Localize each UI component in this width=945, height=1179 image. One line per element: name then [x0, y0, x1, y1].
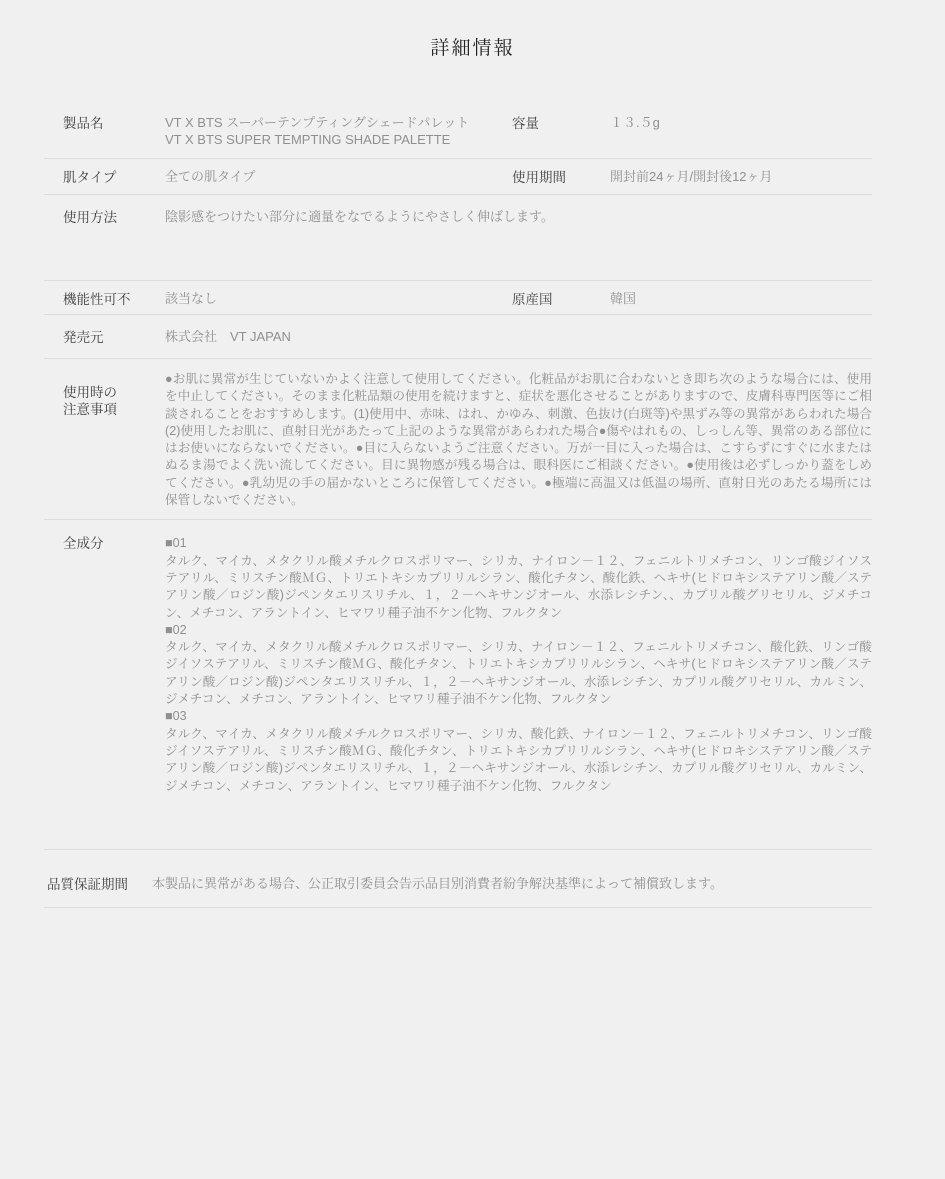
page-title: 詳細情報	[0, 0, 945, 105]
product-name-label: 製品名	[44, 115, 165, 148]
ingredients-label: 全成分	[44, 535, 165, 794]
ingredient-block-text: タルク、マイカ、メタクリル酸メチルクロスポリマー、シリカ、ナイロン－１２、フェニ…	[165, 639, 872, 708]
functionality-value: 該当なし	[165, 291, 510, 308]
product-detail-table: 製品名 VT X BTS スーパーテンプティングシェードパレット VT X BT…	[44, 105, 872, 908]
ingredient-block: ■01 タルク、マイカ、メタクリル酸メチルクロスポリマー、シリカ、ナイロン－１２…	[165, 535, 872, 621]
product-detail-section: 詳細情報 製品名 VT X BTS スーパーテンプティングシェードパレット VT…	[0, 0, 945, 908]
ingredient-block: ■02 タルク、マイカ、メタクリル酸メチルクロスポリマー、シリカ、ナイロン－１２…	[165, 622, 872, 708]
product-name-value: VT X BTS スーパーテンプティングシェードパレット VT X BTS SU…	[165, 115, 510, 148]
skin-type-value: 全ての肌タイプ	[165, 169, 510, 186]
precautions-label: 使用時の 注意事項	[44, 371, 165, 509]
row-product-name: 製品名 VT X BTS スーパーテンプティングシェードパレット VT X BT…	[44, 105, 872, 159]
usage-period-label: 使用期間	[510, 169, 610, 186]
origin-cell: 原産国 韓国	[510, 291, 872, 308]
row-warranty: 品質保証期間 本製品に異常がある場合、公正取引委員会告示品目別消費者紛争解決基準…	[44, 850, 872, 908]
seller-label: 発売元	[44, 329, 165, 346]
precautions-value: ●お肌に異常が生じていないかよく注意して使用してください。化粧品がお肌に合わない…	[165, 371, 872, 509]
row-usage-method: 使用方法 陰影感をつけたい部分に適量をなでるようにやさしく伸ばします。	[44, 195, 872, 281]
ingredient-block-text: タルク、マイカ、メタクリル酸メチルクロスポリマー、シリカ、ナイロン－１２、フェニ…	[165, 553, 872, 622]
product-name-cell: 製品名 VT X BTS スーパーテンプティングシェードパレット VT X BT…	[44, 115, 510, 148]
row-functionality: 機能性可不 該当なし 原産国 韓国	[44, 281, 872, 315]
usage-period-cell: 使用期間 開封前24ヶ月/開封後12ヶ月	[510, 169, 872, 186]
ingredient-block-heading: ■02	[165, 622, 872, 639]
row-skin-type: 肌タイプ 全ての肌タイプ 使用期間 開封前24ヶ月/開封後12ヶ月	[44, 159, 872, 195]
skin-type-label: 肌タイプ	[44, 169, 165, 186]
usage-method-value: 陰影感をつけたい部分に適量をなでるようにやさしく伸ばします。	[165, 209, 872, 226]
warranty-label: 品質保証期間	[44, 876, 152, 893]
capacity-cell: 容量 １３.５g	[510, 115, 872, 148]
capacity-label: 容量	[510, 115, 610, 148]
product-name-jp: VT X BTS スーパーテンプティングシェードパレット	[165, 115, 510, 131]
origin-value: 韓国	[610, 291, 872, 308]
warranty-value: 本製品に異常がある場合、公正取引委員会告示品目別消費者紛争解決基準によって補償致…	[152, 876, 872, 893]
usage-method-label: 使用方法	[44, 209, 165, 226]
usage-period-value: 開封前24ヶ月/開封後12ヶ月	[610, 169, 872, 186]
product-name-en: VT X BTS SUPER TEMPTING SHADE PALETTE	[165, 132, 510, 148]
origin-label: 原産国	[510, 291, 610, 308]
ingredient-block-heading: ■03	[165, 708, 872, 725]
capacity-value: １３.５g	[610, 115, 872, 148]
functionality-label: 機能性可不	[44, 291, 165, 308]
ingredient-block-text: タルク、マイカ、メタクリル酸メチルクロスポリマー、シリカ、酸化鉄、ナイロン－１２…	[165, 726, 872, 795]
row-ingredients: 全成分 ■01 タルク、マイカ、メタクリル酸メチルクロスポリマー、シリカ、ナイロ…	[44, 520, 872, 849]
ingredient-block-heading: ■01	[165, 535, 872, 552]
row-seller: 発売元 株式会社 VT JAPAN	[44, 315, 872, 359]
ingredient-block: ■03 タルク、マイカ、メタクリル酸メチルクロスポリマー、シリカ、酸化鉄、ナイロ…	[165, 708, 872, 794]
seller-value: 株式会社 VT JAPAN	[165, 329, 872, 346]
skin-type-cell: 肌タイプ 全ての肌タイプ	[44, 169, 510, 186]
functionality-cell: 機能性可不 該当なし	[44, 291, 510, 308]
ingredients-value: ■01 タルク、マイカ、メタクリル酸メチルクロスポリマー、シリカ、ナイロン－１２…	[165, 535, 872, 794]
row-precautions: 使用時の 注意事項 ●お肌に異常が生じていないかよく注意して使用してください。化…	[44, 359, 872, 520]
